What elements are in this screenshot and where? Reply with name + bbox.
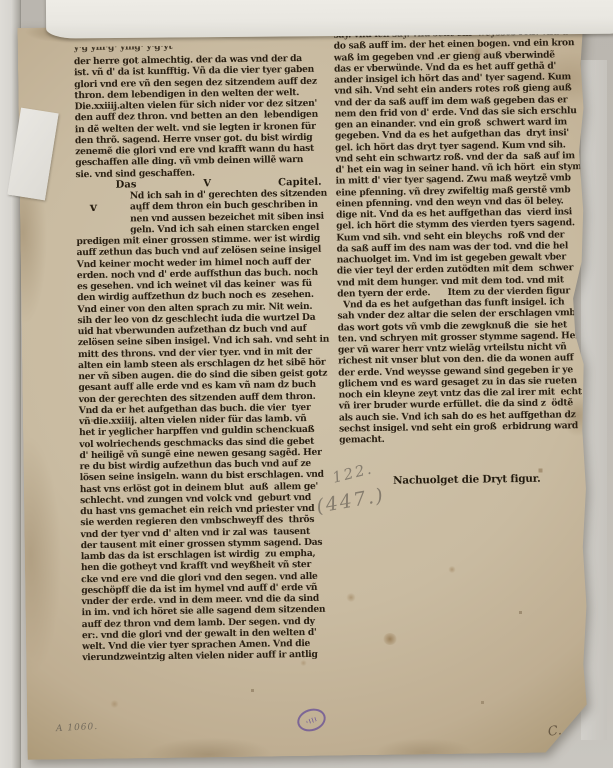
- photograph-of-incunable-leaf: { "document": { "left_column": { "cut_to…: [0, 0, 613, 768]
- right-text-column: say. vnd ich say. vnd seht ein weysses r…: [333, 26, 593, 446]
- overlapping-paper-sheet: [46, 0, 613, 39]
- figure-caption: Nachuolget die Dryt figur.: [340, 472, 594, 488]
- left-column-upper-lines: der herre got almechtig. der da was vnd …: [74, 53, 338, 180]
- stamp-illegible-text: [305, 716, 318, 724]
- left-text-column: y·g ym·g· ymg· y·g·yt der herre got alme…: [74, 44, 345, 664]
- chapter-heading-capitel: Capitel.: [278, 177, 322, 189]
- incunable-page: y·g ym·g· ymg· y·g·yt der herre got alme…: [17, 20, 593, 760]
- text-line: vierundzweintzig alten vielen nider auff…: [82, 649, 344, 664]
- chapter-heading-number: V: [203, 178, 211, 189]
- rubricator-guide-letter: v: [90, 200, 97, 214]
- chapter-heading-das: Das: [116, 179, 137, 191]
- text-line: gemacht.: [339, 431, 593, 446]
- page-wrapper: y·g ym·g· ymg· y·g·yt der herre got alme…: [0, 0, 613, 768]
- left-column-lower-lines: Nd ich sah in d' gerechten des sitzenden…: [76, 188, 345, 664]
